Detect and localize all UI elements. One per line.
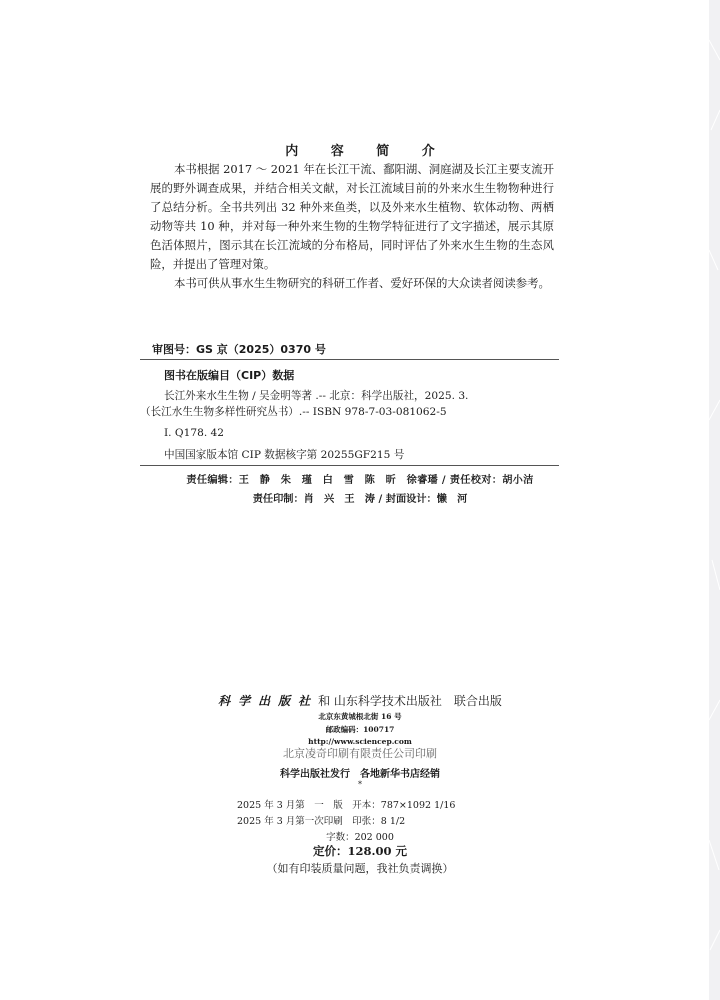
divider-top [140,359,559,360]
cip-title-line: 长江外来水生生物 / 吴金明等著 .-- 北京：科学出版社，2025. 3. [164,388,468,403]
price: 定价：128.00 元 [0,843,720,859]
printing-info: 2025 年 3 月第一次印刷 印张：8 1/2 [237,813,405,827]
summary-title: 内 容 简 介 [0,140,720,159]
separator-star: * [0,780,720,789]
summary-paragraph-2-text: 本书可供从事水生生物研究的科研工作者、爱好环保的大众读者阅读参考。 [174,276,550,290]
publisher-line: 科学出版社和 山东科学技术出版社 联合出版 [0,692,720,709]
map-approval-number: 审图号：GS 京（2025）0370 号 [152,341,326,357]
cip-heading: 图书在版编目（CIP）数据 [164,367,294,383]
summary-paragraph-1: 本书根据 2017 ～ 2021 年在长江干流、鄱阳湖、洞庭湖及长江主要支流开展… [150,160,554,274]
publisher-postcode: 邮政编码：100717 [0,724,720,735]
summary-paragraph-1-text: 本书根据 2017 ～ 2021 年在长江干流、鄱阳湖、洞庭湖及长江主要支流开展… [150,162,554,271]
cip-record-number: 中国国家版本馆 CIP 数据核字第 20255GF215 号 [164,447,404,462]
publisher-logo: 科学出版社 [218,694,318,708]
editor-credits: 责任编辑：王 静 朱 瑾 白 雪 陈 昕 徐睿璠 / 责任校对：胡小洁 [0,471,720,486]
distribution-info: 科学出版社发行 各地新华书店经销 [0,765,720,780]
cip-series-line: （长江水生生物多样性研究丛书）.-- ISBN 978-7-03-081062-… [140,404,447,419]
production-credits: 责任印制：肖 兴 王 涛 / 封面设计：懒 河 [0,490,720,505]
quality-notice: （如有印装质量问题，我社负责调换） [0,860,720,876]
cip-classification: Ⅰ. Q178. 42 [164,427,224,439]
summary-paragraph-2: 本书可供从事水生生物研究的科研工作者、爱好环保的大众读者阅读参考。 [150,274,554,293]
edition-info: 2025 年 3 月第 一 版 开本：787×1092 1/16 [237,797,455,811]
word-count: 字数：202 000 [0,829,720,843]
joint-publisher-text: 和 山东科学技术出版社 联合出版 [318,694,502,708]
printer-name: 北京凌奇印刷有限责任公司印刷 [0,745,720,761]
publisher-address: 北京东黄城根北街 16 号 [0,711,720,722]
divider-bottom [140,465,559,466]
